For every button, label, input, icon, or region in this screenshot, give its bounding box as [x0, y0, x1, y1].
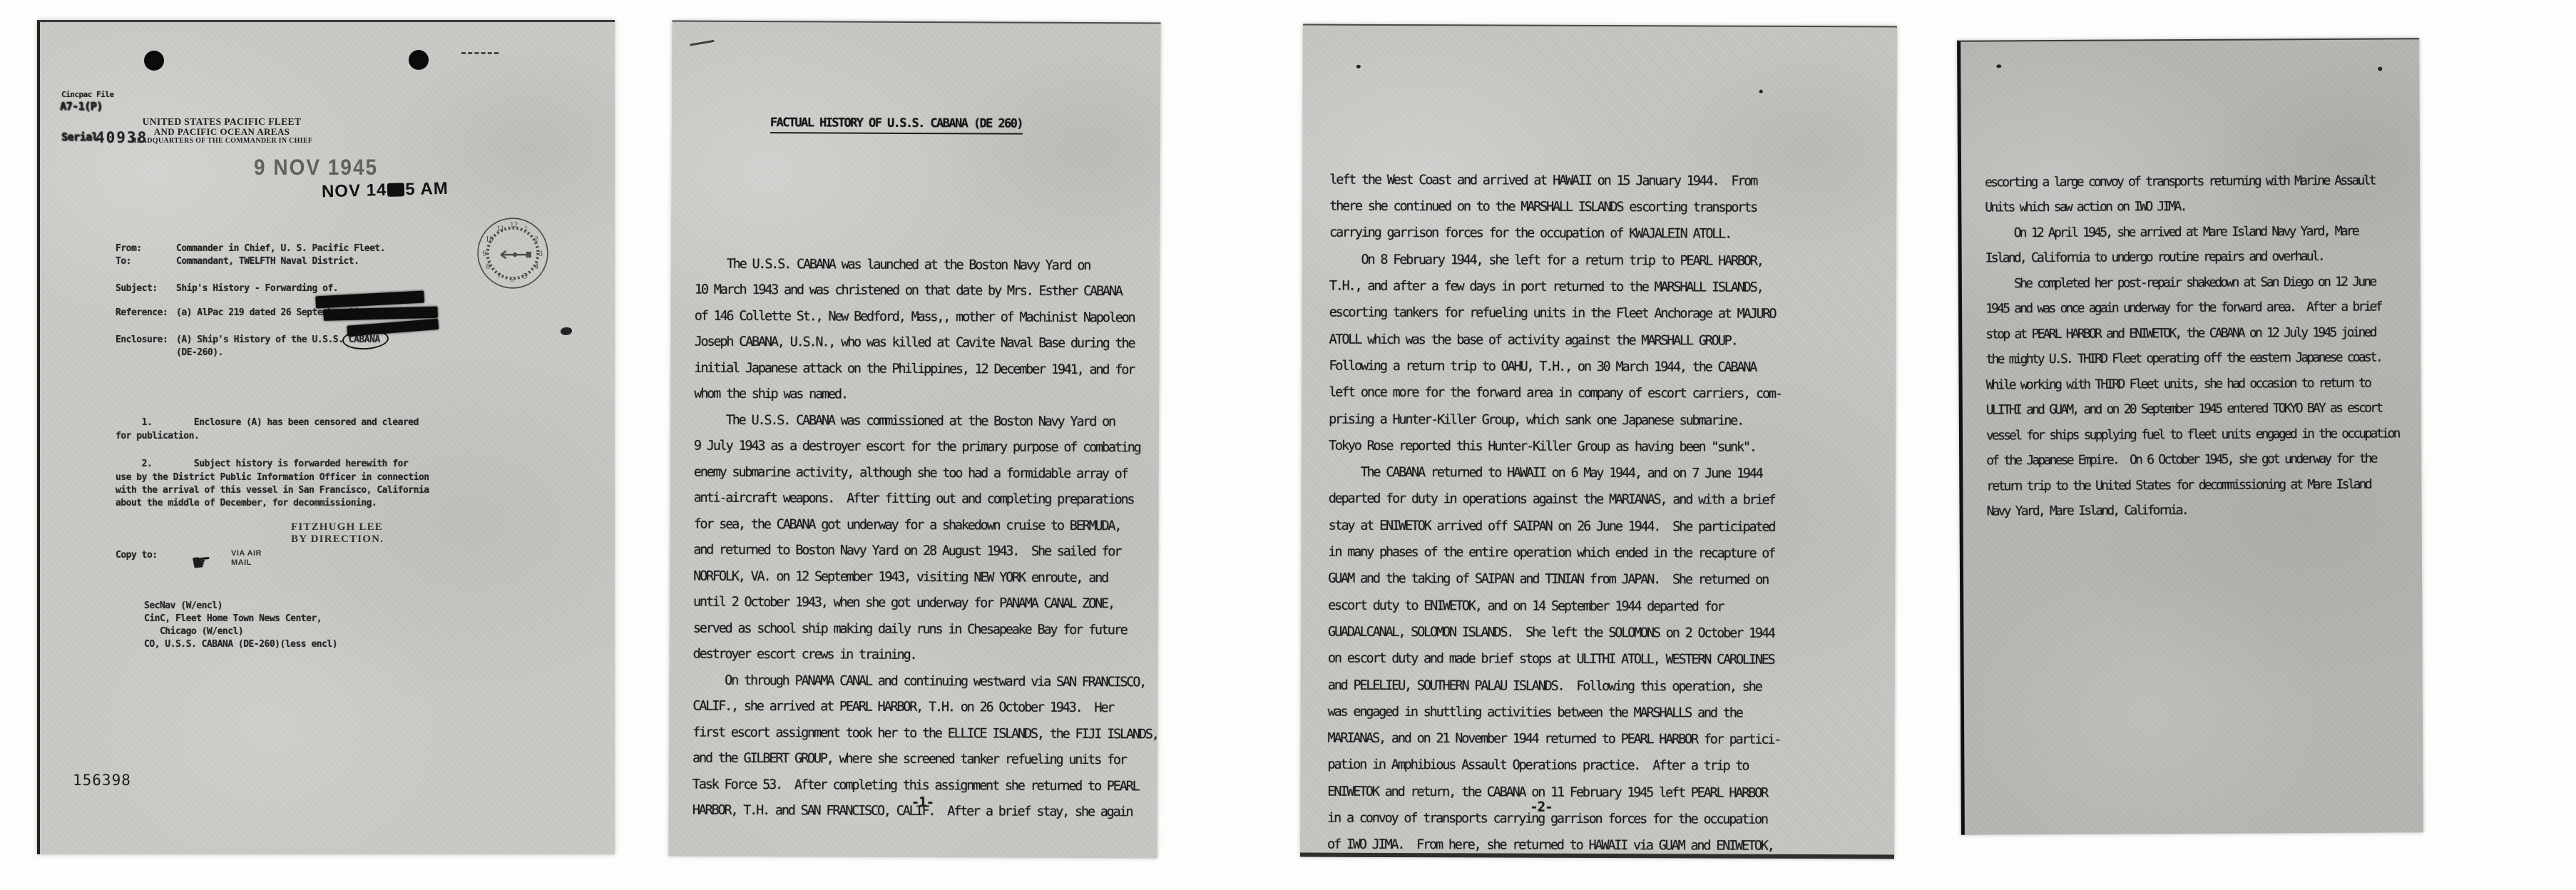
text-line: The U.S.S. CABANA was launched at the Bo… [695, 251, 1160, 279]
received-time-stamp: NOV 145 AM [322, 179, 449, 203]
hole-punch-right [409, 50, 429, 70]
field-label: Reference: [116, 307, 168, 318]
text-line: and returned to Boston Navy Yard on 28 A… [693, 538, 1159, 566]
time-stamp-part1: NOV 14 [322, 180, 387, 201]
text-line: enemy submarine activity, although she t… [694, 459, 1160, 487]
text-line: carrying garrison forces for the occupat… [1329, 220, 1782, 248]
text-line: stay at ENIWETOK arrived off SAIPAN on 2… [1329, 512, 1782, 541]
text-line: The U.S.S. CABANA was commissioned at th… [694, 407, 1160, 435]
text-line: for sea, the CABANA got underway for a s… [693, 511, 1159, 539]
text-line: On 12 April 1945, she arrived at Mare Is… [1985, 218, 2398, 246]
paragraph-2-line: about the middle of December, for decomm… [116, 497, 429, 510]
body-text: escorting a large convoy of transports r… [1984, 91, 2399, 524]
text-line: 1945 and was once again underway for the… [1985, 294, 2398, 322]
svg-text:12: 12 [510, 221, 518, 230]
text-line: Tokyo Rose reported this Hunter-Killer G… [1329, 433, 1782, 461]
svg-text:1: 1 [524, 225, 528, 233]
body-text: left the West Coast and arrived at HAWAI… [1327, 87, 1782, 860]
ink-speck [2378, 67, 2382, 71]
text-line: escorting a large convoy of transports r… [1985, 168, 2398, 195]
text-line: whom the ship was named. [694, 382, 1160, 409]
text-line: ATOLL which was the base of activity aga… [1329, 326, 1782, 354]
text-line: 9 July 1943 as a destroyer escort for th… [694, 434, 1160, 461]
text-line: left the West Coast and arrived at HAWAI… [1329, 167, 1782, 195]
pen-dash-mark [461, 52, 499, 54]
text-line: first escort assignment took her to the … [692, 720, 1158, 747]
cincpac-file-label: Cincpac File [61, 90, 113, 99]
text-line: prising a Hunter-Killer Group, which san… [1329, 406, 1782, 434]
text-line: The CABANA returned to HAWAII on 6 May 1… [1329, 459, 1782, 488]
field-value: Commandant, TWELFTH Naval District. [176, 256, 359, 267]
text-line: of 146 Collette St., New Bedford, Mass,,… [695, 303, 1160, 331]
text-line: Units which saw action on IWO JIMA. [1985, 193, 2398, 220]
text-line: T.H., and after a few days in port retur… [1329, 273, 1782, 302]
signature-name: FITZHUGH LEE [291, 521, 384, 533]
text-line: anti-aircraft weapons. After fitting out… [694, 486, 1160, 513]
svg-text:2: 2 [534, 235, 538, 243]
ink-speck [1996, 64, 2001, 68]
field-label: Subject: [116, 283, 158, 294]
page-number: -2- [1530, 799, 1552, 815]
field-row: To: Commandant, TWELFTH Naval District. [40, 256, 615, 267]
hole-punch-left [144, 51, 164, 71]
page-2-history-1: FACTUAL HISTORY OF U.S.S. CABANA (DE 260… [668, 21, 1160, 859]
page-4-history-3: escorting a large convoy of transports r… [1957, 38, 2423, 834]
field-label: From: [116, 243, 142, 254]
text-line: the mighty U.S. THIRD Fleet operating of… [1985, 344, 2398, 372]
serial-label: Serial [61, 131, 98, 143]
text-line: was engaged in shuttling activities betw… [1328, 699, 1781, 727]
svg-text:11: 11 [496, 225, 504, 233]
text-line: Following a return trip to OAHU, T.H., o… [1329, 353, 1782, 382]
copy-to-item: CinC, Fleet Home Town News Center, [144, 613, 337, 625]
signature-by-direction: BY DIRECTION. [291, 533, 384, 546]
text-line: CALIF., she arrived at PEARL HARBOR, T.H… [692, 694, 1158, 722]
text-line: GUADALCANAL, SOLOMON ISLANDS. She left t… [1328, 619, 1781, 648]
paragraph-2-line: with the arrival of this vessel in San F… [116, 484, 429, 497]
letterhead-line3: HEADQUARTERS OF THE COMMANDER IN CHIEF [111, 137, 332, 145]
page-1-forwarding-letter: Cincpac File A7-1(P) Serial 40938 UNITED… [37, 20, 615, 854]
paragraph-2-line: 2. Subject history is forwarded herewith… [116, 458, 429, 471]
via-air-line1: VIA AIR [231, 549, 262, 558]
letterhead: UNITED STATES PACIFIC FLEET AND PACIFIC … [111, 116, 332, 145]
pointing-hand-icon: ☛ [190, 548, 213, 577]
text-line: pation in Amphibious Assault Operations … [1327, 752, 1780, 780]
document-title-text: FACTUAL HISTORY OF U.S.S. CABANA (DE 260… [770, 116, 1023, 135]
via-air-mail-stamp: VIA AIR MAIL [231, 549, 262, 568]
body-text: The U.S.S. CABANA was launched at the Bo… [692, 173, 1160, 826]
text-line: initial Japanese attack on the Philippin… [694, 355, 1160, 383]
text-line: vessel for ships supplying fuel to fleet… [1986, 421, 2399, 449]
text-line: and the GILBERT GROUP, where she screene… [692, 746, 1158, 774]
field-value: Ship's History - Forwarding of. [176, 283, 338, 294]
enclosure-row-2: (DE-260). [40, 347, 615, 359]
text-line: there she continued on to the MARSHALL I… [1329, 193, 1782, 222]
text-line: until 2 October 1943, when she got under… [693, 590, 1159, 618]
text-line: escorting tankers for refueling units in… [1329, 300, 1782, 328]
copy-to-item: SecNav (W/encl) [144, 600, 337, 613]
text-line: ENIWETOK and return, the CABANA on 11 Fe… [1327, 778, 1780, 807]
text-line: of the Japanese Empire. On 6 October 194… [1986, 446, 2399, 474]
text-line: ULITHI and GUAM, and on 20 September 194… [1986, 395, 2399, 423]
svg-text:7: 7 [497, 272, 501, 280]
text-line: Island, California to undergo routine re… [1985, 243, 2398, 271]
copy-to-item: Chicago (W/encl) [144, 625, 337, 638]
text-line: and PELELIEU, SOUTHERN PALAU ISLANDS. Fo… [1328, 672, 1781, 700]
text-line: left once more for the forward area in c… [1329, 379, 1782, 408]
text-line: GUAM and the taking of SAIPAN and TINIAN… [1328, 566, 1781, 594]
text-line: served as school ship making daily runs … [693, 615, 1159, 643]
pen-scribble [690, 40, 714, 46]
ink-speck [1356, 65, 1361, 68]
text-line: destroyer escort crews in training. [693, 642, 1159, 670]
text-line: She completed her post-repair shakedown … [1985, 269, 2398, 297]
text-line: in a convoy of transports carrying garri… [1327, 805, 1780, 834]
text-line: in many phases of the entire operation w… [1328, 539, 1781, 568]
letterhead-line1: UNITED STATES PACIFIC FLEET [111, 116, 332, 127]
text-line: NORFOLK, VA. on 12 September 1943, visit… [693, 563, 1159, 591]
text-line: 10 March 1943 and was christened on that… [695, 277, 1160, 305]
enclosure-label: Enclosure: [116, 334, 168, 345]
text-line: return trip to the United States for dec… [1986, 471, 2399, 499]
text-line: departed for duty in operations against … [1329, 486, 1782, 514]
letterhead-line2: AND PACIFIC OCEAN AREAS [111, 127, 332, 137]
text-line: stop at PEARL HARBOR and ENIWETOK, the C… [1985, 319, 2398, 347]
text-line: Joseph CABANA, U.S.N., who was killed at… [695, 329, 1160, 357]
text-line: Navy Yard, Mare Island, California. [1986, 496, 2399, 524]
document-number: 156398 [73, 772, 131, 789]
text-line: of IWO JIMA. From here, she returned to … [1327, 832, 1780, 860]
file-number: A7-1(P) [60, 100, 103, 113]
field-label: To: [116, 256, 131, 267]
text-line: While working with THIRD Fleet units, sh… [1986, 370, 2399, 398]
page-number: -1- [911, 794, 934, 810]
received-date-stamp: 9 NOV 1945 [254, 155, 378, 180]
paragraph-2: 2. Subject history is forwarded herewith… [116, 419, 429, 511]
text-line: On 8 February 1944, she left for a retur… [1329, 246, 1782, 275]
text-line: MARIANAS, and on 21 November 1944 return… [1327, 725, 1780, 754]
censor-stamp [315, 286, 439, 349]
time-stamp-part2: 5 AM [405, 179, 449, 200]
text-line: escort duty to ENIWETOK, and on 14 Septe… [1328, 592, 1781, 620]
copy-to-item: CO, U.S.S. CABANA (DE-260)(less encl) [144, 638, 337, 651]
svg-text:5: 5 [523, 272, 528, 280]
field-row: From: Commander in Chief, U. S. Pacific … [40, 243, 615, 255]
text-line: on escort duty and made brief stops at U… [1328, 645, 1781, 674]
paragraph-2-line: use by the District Public Information O… [116, 471, 429, 484]
copy-to-list: SecNav (W/encl)CinC, Fleet Home Town New… [144, 561, 337, 651]
document-title: FACTUAL HISTORY OF U.S.S. CABANA (DE 260… [740, 116, 1053, 135]
signature-block: FITZHUGH LEE BY DIRECTION. [291, 521, 384, 546]
field-value: Commander in Chief, U. S. Pacific Fleet. [176, 243, 385, 254]
copy-to-label: Copy to: [116, 550, 158, 561]
ink-smudge [387, 183, 404, 197]
svg-text:10: 10 [486, 235, 494, 243]
enclosure-value-line2: (DE-260). [176, 347, 223, 358]
page-3-history-2: left the West Coast and arrived at HAWAI… [1300, 24, 1897, 859]
via-air-line2: MAIL [231, 558, 262, 568]
text-line: On through PANAMA CANAL and continuing w… [692, 667, 1158, 695]
